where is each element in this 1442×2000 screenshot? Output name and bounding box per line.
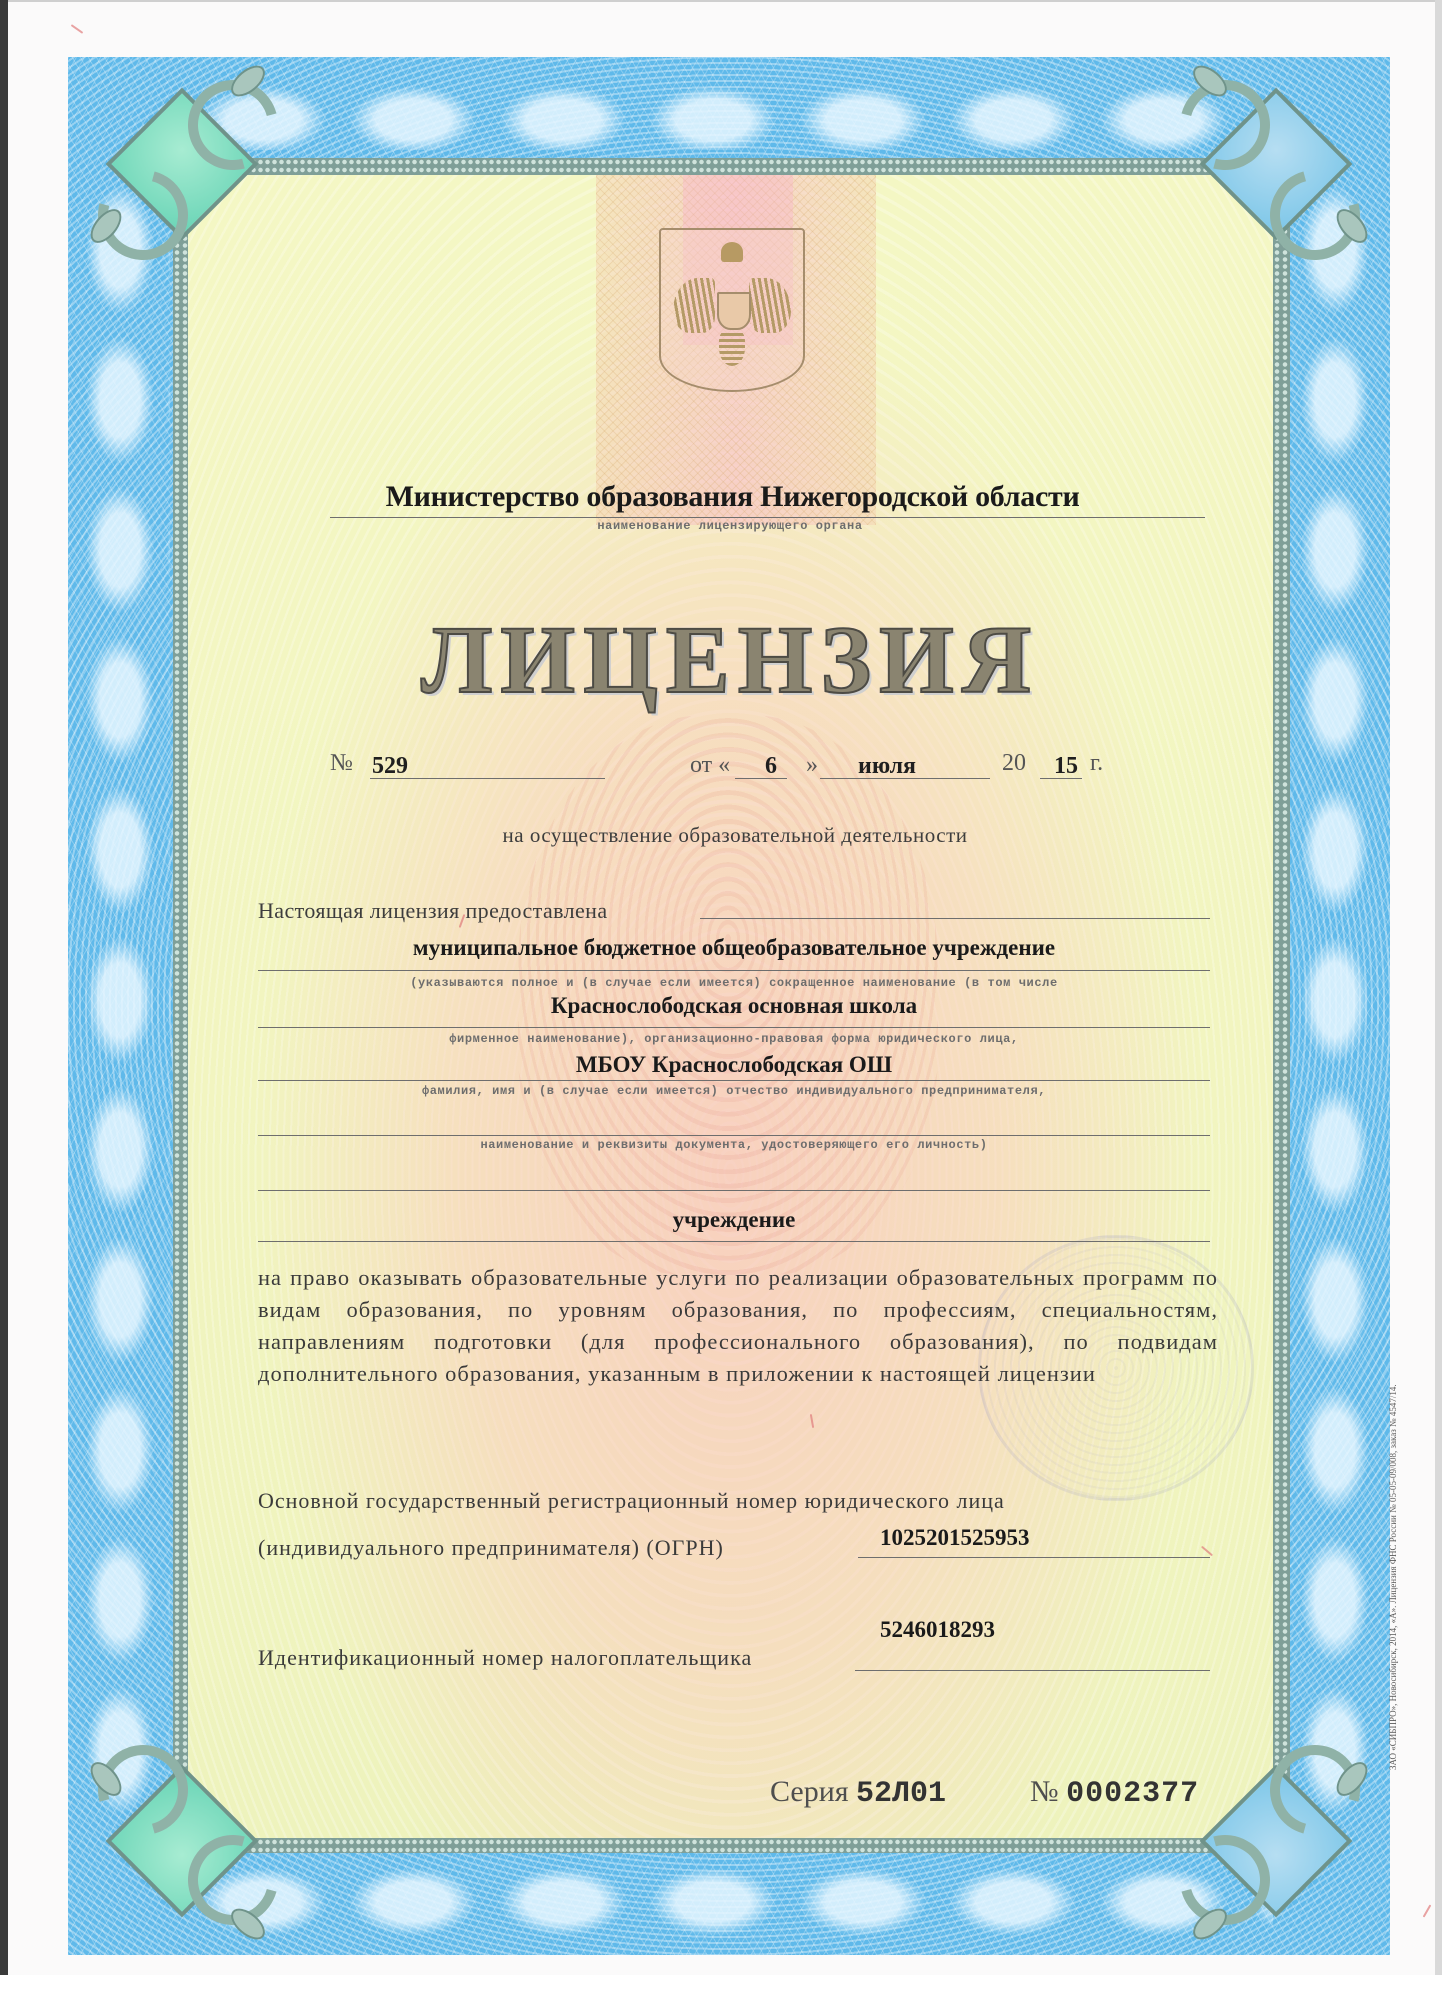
inn-label: Идентификационный номер налогоплательщик…	[258, 1645, 752, 1671]
blank-number-label: №	[1030, 1775, 1059, 1808]
date-day: 6	[765, 753, 777, 780]
underline	[370, 778, 605, 779]
underline	[258, 1241, 1210, 1242]
underline	[258, 1190, 1210, 1191]
document-title: ЛИЦЕНЗИЯ	[390, 605, 1070, 715]
inn-value: 5246018293	[880, 1617, 995, 1643]
issuing-authority-caption: наименование лицензирующего органа	[330, 519, 1130, 533]
underline	[330, 517, 1205, 518]
underline	[258, 1135, 1210, 1136]
number-label: №	[330, 750, 353, 777]
licensee-full-name: муниципальное бюджетное общеобразователь…	[258, 935, 1210, 961]
license-rights-text: на право оказывать образовательные услуг…	[258, 1262, 1218, 1390]
printer-imprint: ЗАО «СИБПРО», Новосибирск, 2014, «А». Ли…	[1388, 1384, 1398, 1770]
beaded-frame-top	[173, 158, 1290, 175]
date-century: 20	[1002, 750, 1026, 777]
corner-ornament-icon	[78, 1745, 278, 1945]
granted-to-label: Настоящая лицензия предоставлена	[258, 898, 608, 924]
date-year: 15	[1054, 753, 1078, 780]
beaded-frame-right	[1273, 158, 1290, 1853]
border-wave-pattern	[1295, 175, 1380, 1838]
coat-of-arms-icon	[659, 228, 805, 392]
date-month: июля	[858, 753, 916, 780]
blank-number-value: 0002377	[1066, 1777, 1199, 1811]
date-close-quote: »	[806, 752, 818, 779]
license-purpose: на осуществление образовательной деятель…	[250, 823, 1220, 848]
underline	[858, 1557, 1210, 1558]
underline	[258, 1080, 1210, 1081]
underline	[258, 970, 1210, 971]
scan-background	[0, 1975, 1442, 2000]
blank-series-label: Серия	[770, 1775, 849, 1808]
underline	[855, 1670, 1210, 1671]
blank-number: № 0002377	[1030, 1775, 1199, 1811]
ogrn-label-line1: Основной государственный регистрационный…	[258, 1488, 1005, 1514]
licensee-caption-1: (указываются полное и (в случае если име…	[258, 976, 1210, 990]
border-wave-pattern	[188, 1862, 1273, 1942]
date-from-label: от «	[690, 752, 730, 779]
year-suffix: г.	[1090, 750, 1103, 777]
licensee-short-name: МБОУ Краснослободская ОШ	[258, 1052, 1210, 1078]
licensee-org-form: учреждение	[258, 1207, 1210, 1233]
underline	[700, 918, 1210, 919]
blank-series-value: 52Л01	[856, 1777, 946, 1811]
scan-edge	[0, 0, 8, 1975]
corner-ornament-icon	[1180, 1745, 1380, 1945]
corner-ornament-icon	[78, 60, 278, 260]
corner-ornament-icon	[1180, 60, 1380, 260]
ogrn-label-line2: (индивидуального предпринимателя) (ОГРН)	[258, 1535, 724, 1561]
underline	[1040, 778, 1082, 779]
issuing-authority: Министерство образования Нижегородской о…	[250, 480, 1215, 514]
underline	[735, 778, 787, 779]
license-number: 529	[372, 753, 408, 780]
border-wave-pattern	[80, 175, 170, 1838]
underline	[258, 1027, 1210, 1028]
underline	[820, 778, 990, 779]
beaded-frame-bottom	[173, 1838, 1290, 1853]
beaded-frame-left	[173, 158, 188, 1853]
licensee-caption-2: фирменное наименование), организационно-…	[258, 1032, 1210, 1046]
licensee-caption-3: фамилия, имя и (в случае если имеется) о…	[258, 1084, 1210, 1098]
blank-series: Серия 52Л01	[770, 1775, 946, 1811]
scan-edge	[1435, 0, 1442, 1975]
ogrn-value: 1025201525953	[880, 1525, 1030, 1551]
licensee-caption-4: наименование и реквизиты документа, удос…	[258, 1138, 1210, 1152]
licensee-name-line2: Краснослободская основная школа	[258, 993, 1210, 1019]
border-wave-pattern	[188, 80, 1273, 150]
